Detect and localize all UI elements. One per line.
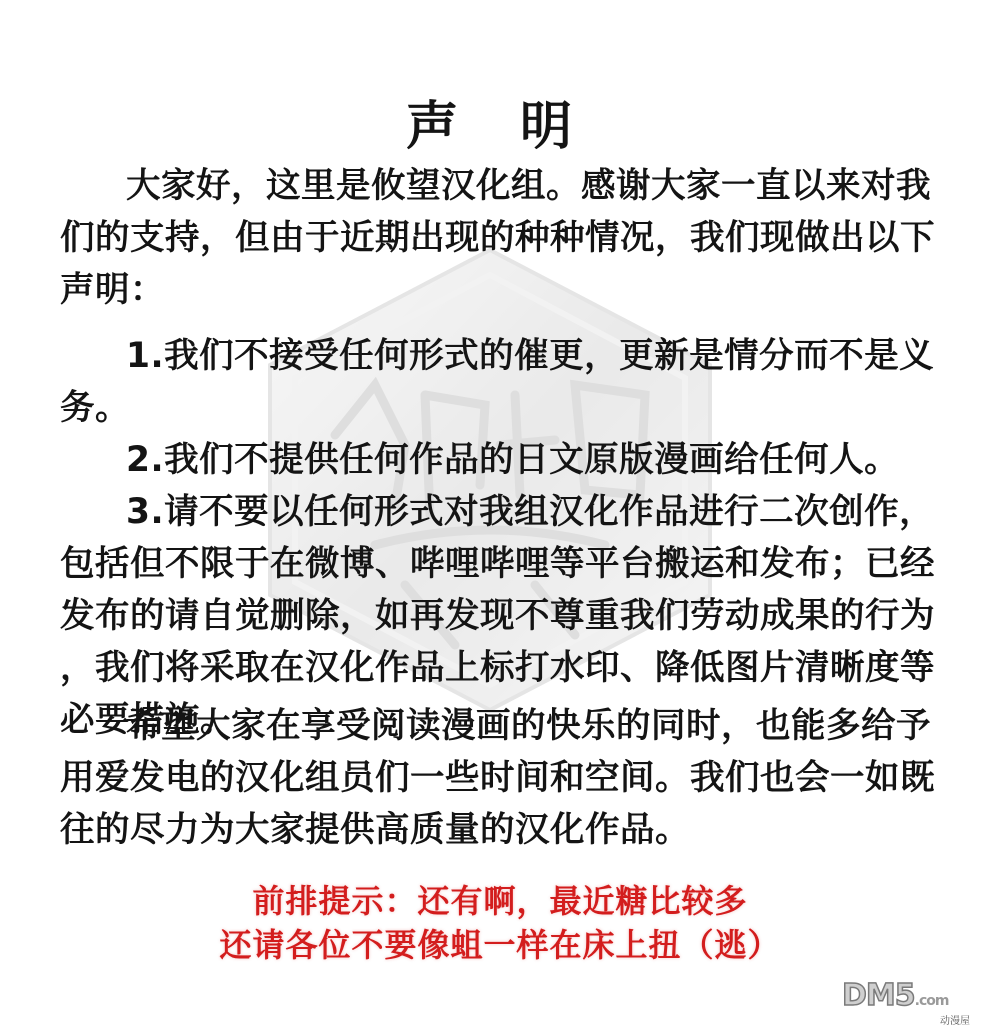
red-note-line-2: 还请各位不要像蛆一样在床上扭（逃） (0, 922, 1000, 968)
page-title: 声 明 (0, 84, 1000, 159)
statement-list: 1.我们不接受任何形式的催更，更新是情分而不是义 务。 2.我们不提供任何作品的… (60, 330, 940, 746)
logo-suffix: .com (915, 993, 949, 1009)
statement-item-3-line: 发布的请自觉删除，如再发现不尊重我们劳动成果的行为 (60, 590, 940, 642)
red-note-line-1: 前排提示：还有啊，最近糖比较多 (0, 878, 1000, 924)
intro-line: 大家好，这里是攸望汉化组。感谢大家一直以来对我 (60, 160, 940, 212)
logo-subtext: 动漫屋 (940, 1012, 970, 1027)
statement-item-1-line: 务。 (60, 382, 940, 434)
dm5-watermark-logo: DM5.com 动漫屋 (842, 978, 992, 1023)
statement-item-3-line: ，我们将采取在汉化作品上标打水印、降低图片清晰度等 (60, 642, 940, 694)
closing-line: 往的尽力为大家提供高质量的汉化作品。 (60, 804, 940, 856)
statement-item-3-line: 包括但不限于在微博、哔哩哔哩等平台搬运和发布；已经 (60, 538, 940, 590)
statement-item-3-line: 3.请不要以任何形式对我组汉化作品进行二次创作， (60, 486, 940, 538)
intro-line: 们的支持，但由于近期出现的种种情况，我们现做出以下 (60, 212, 940, 264)
logo-text: DM5 (842, 978, 915, 1013)
closing-paragraph: 希望大家在享受阅读漫画的快乐的同时，也能多给予 用爱发电的汉化组员们一些时间和空… (60, 700, 940, 856)
statement-item-2-line: 2.我们不提供任何作品的日文原版漫画给任何人。 (60, 434, 940, 486)
intro-paragraph: 大家好，这里是攸望汉化组。感谢大家一直以来对我 们的支持，但由于近期出现的种种情… (60, 160, 940, 316)
closing-line: 希望大家在享受阅读漫画的快乐的同时，也能多给予 (60, 700, 940, 752)
closing-line: 用爱发电的汉化组员们一些时间和空间。我们也会一如既 (60, 752, 940, 804)
statement-item-1-line: 1.我们不接受任何形式的催更，更新是情分而不是义 (60, 330, 940, 382)
intro-line: 声明： (60, 264, 940, 316)
